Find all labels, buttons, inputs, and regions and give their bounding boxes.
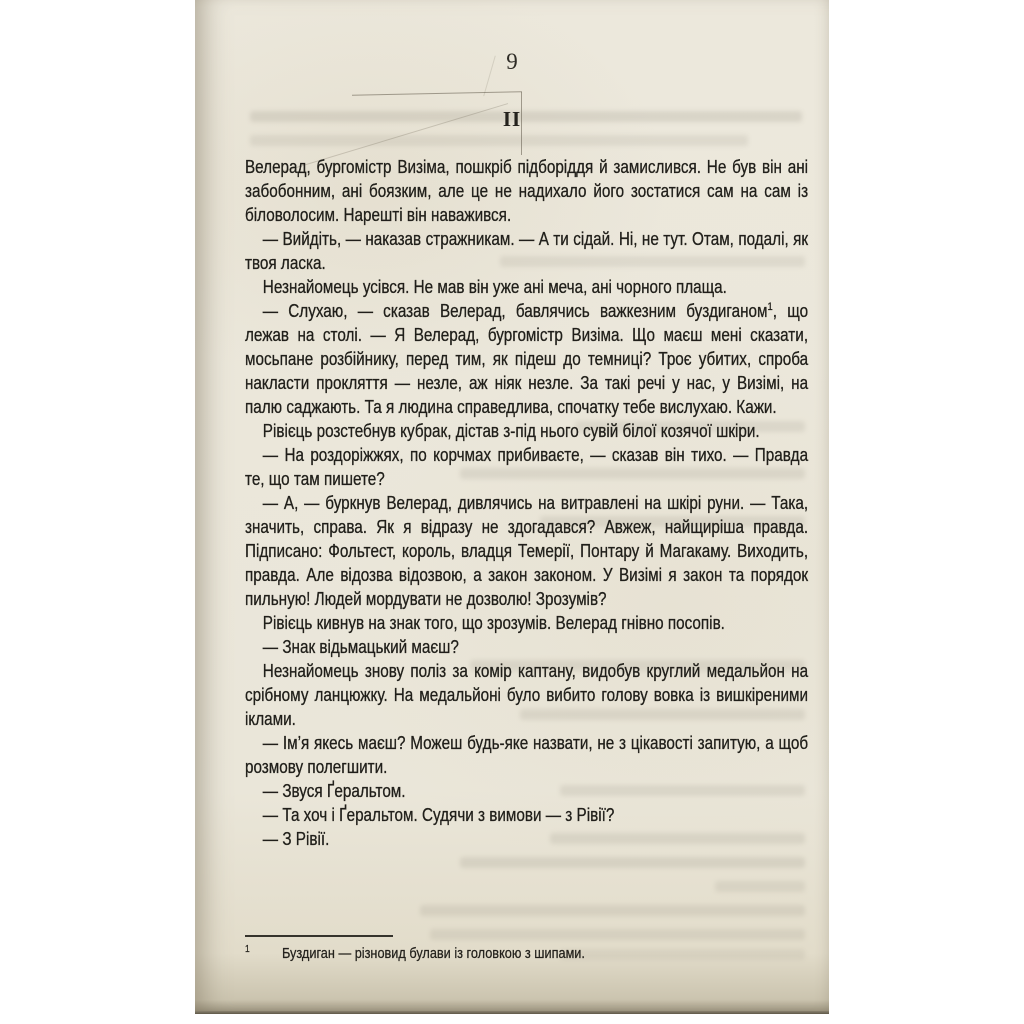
paragraph: — Вийдіть, — наказав стражникам. — А ти …: [245, 227, 808, 275]
body-text: Велерад, бургомістр Визіма, пошкріб підб…: [245, 155, 808, 851]
paragraph: Незнайомець усівся. Не мав він уже ані м…: [245, 275, 808, 299]
bleedthrough-line: [715, 881, 805, 892]
chapter-heading: II: [195, 107, 829, 132]
paragraph: Рівієць розстебнув кубрак, дістав з-під …: [245, 419, 808, 443]
bleedthrough-line: [460, 857, 805, 868]
paragraph: — Слухаю, — сказав Велерад, бавлячись ва…: [245, 299, 808, 419]
page-number: 9: [195, 49, 829, 75]
paragraph: — Та хоч і Ґеральтом. Судячи з вимови — …: [245, 803, 808, 827]
footnote-text: Буздиган — різновид булави із головкою з…: [282, 945, 585, 962]
paragraph: Незнайомець знову поліз за комір каптану…: [245, 659, 808, 731]
bleedthrough-line: [420, 905, 805, 916]
paragraph: — На роздоріжжях, по корчмах прибиваєте,…: [245, 443, 808, 491]
footnote: 1Буздиган — різновид булави із головкою …: [245, 944, 788, 964]
paragraph: — А, — буркнув Велерад, дивлячись на вит…: [245, 491, 808, 611]
paragraph: Велерад, бургомістр Визіма, пошкріб підб…: [245, 155, 808, 227]
bleedthrough-line: [250, 135, 748, 146]
paragraph: — З Рівії.: [245, 827, 808, 851]
page-bottom-edge: [195, 1011, 829, 1014]
footnote-marker: 1: [245, 944, 250, 955]
paragraph-text: — Слухаю, — сказав Велерад, бавлячись ва…: [263, 301, 768, 321]
paragraph: — Знак відьмацький маєш?: [245, 635, 808, 659]
paragraph: — Звуся Ґеральтом.: [245, 779, 808, 803]
paragraph: Рівієць кивнув на знак того, що зрозумів…: [245, 611, 808, 635]
paragraph: — Ім’я якесь маєш? Можеш будь-яке назват…: [245, 731, 808, 779]
bleedthrough-line: [430, 929, 805, 940]
footnote-rule: [245, 935, 393, 937]
